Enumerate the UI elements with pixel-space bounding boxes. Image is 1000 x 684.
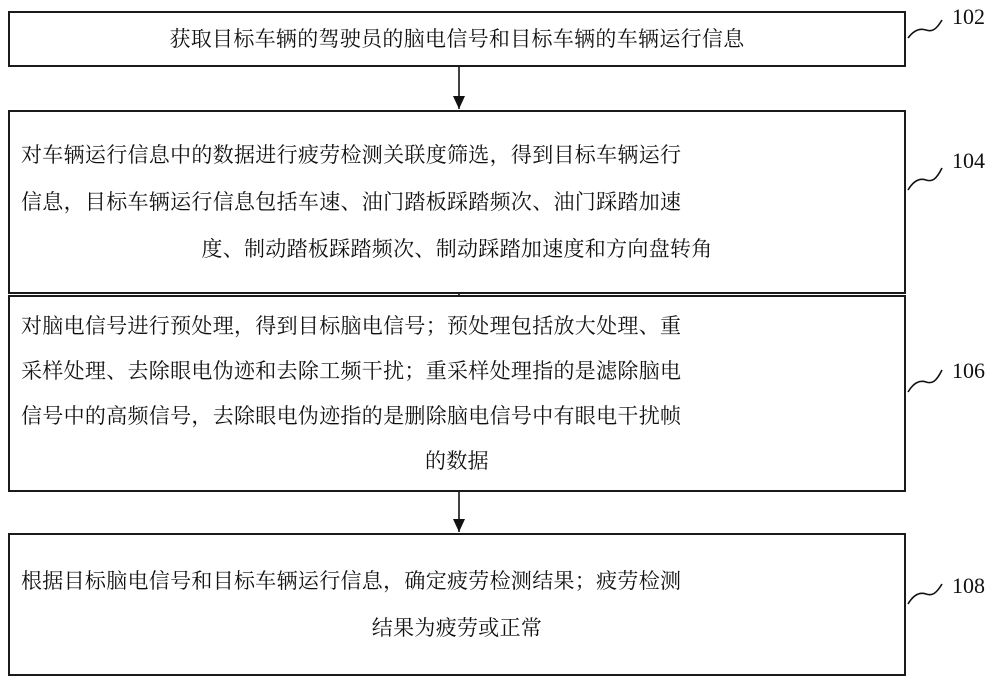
leader-squiggle-icon (908, 168, 942, 190)
connectors (0, 0, 1000, 684)
arrow-icon (453, 67, 465, 109)
leader-squiggle-icon (908, 370, 942, 392)
leader-squiggle-icon (908, 584, 942, 604)
arrow-icon (453, 492, 465, 532)
leader-squiggle-icon (908, 20, 942, 38)
